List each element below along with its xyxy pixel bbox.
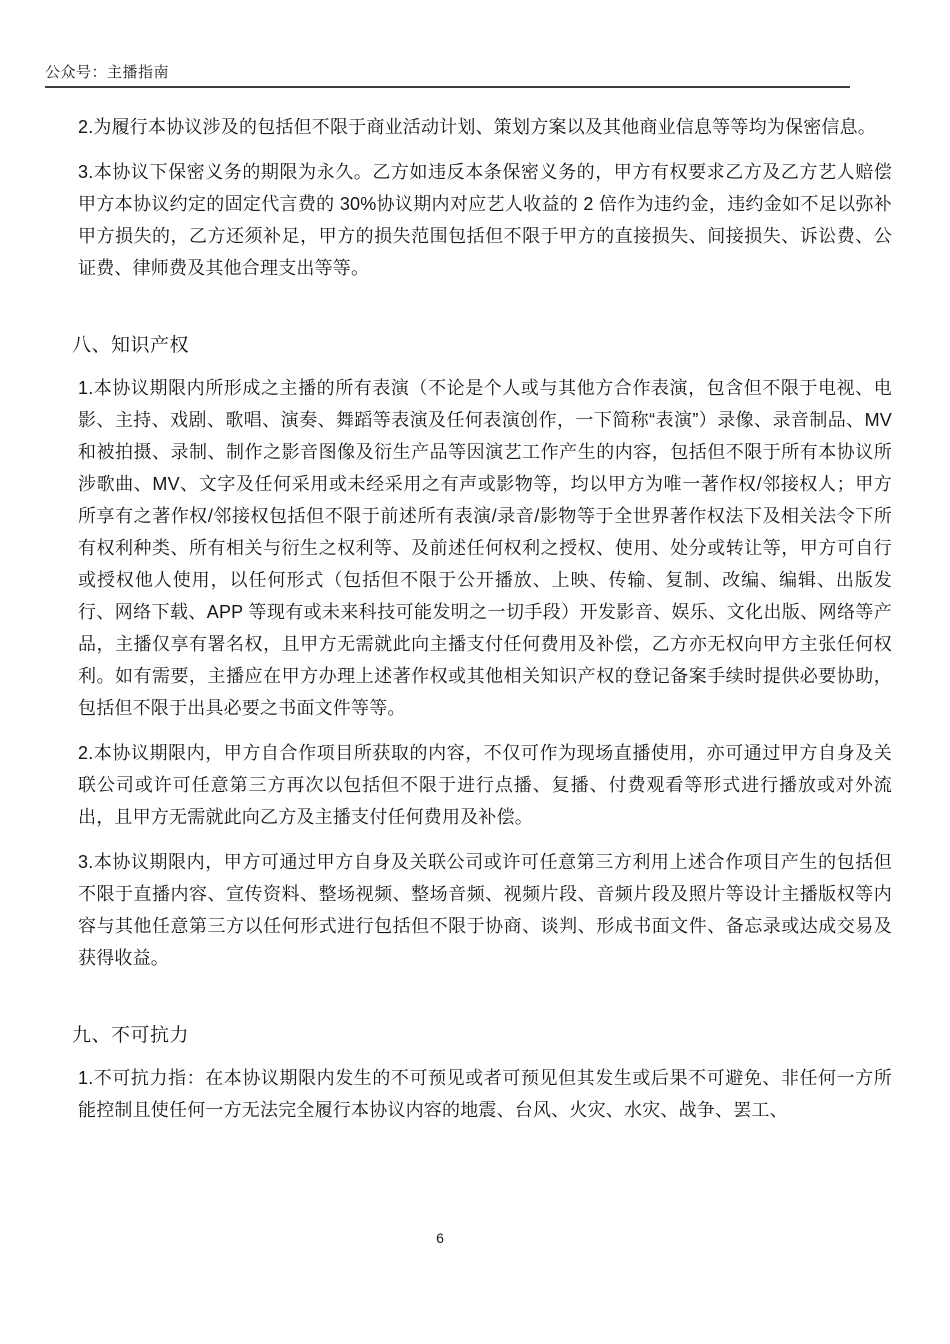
header-account-label: 公众号：主播指南 <box>45 62 169 84</box>
paragraph-force-majeure-definition: 1.不可抗力指：在本协议期限内发生的不可预见或者可预见但其发生或后果不可避免、非… <box>78 1062 892 1126</box>
page-number: 6 <box>45 1228 835 1248</box>
paragraph-ip-third-party-dealings: 3.本协议期限内，甲方可通过甲方自身及关联公司或许可任意第三方利用上述合作项目产… <box>78 846 892 974</box>
document-body: 2.为履行本协议涉及的包括但不限于商业活动计划、策划方案以及其他商业信息等等均为… <box>72 111 892 1139</box>
section-heading-intellectual-property: 八、知识产权 <box>72 330 892 362</box>
paragraph-confidential-term-penalty: 3.本协议下保密义务的期限为永久。乙方如违反本条保密义务的，甲方有权要求乙方及乙… <box>78 156 892 284</box>
document-page: 公众号：主播指南 2.为履行本协议涉及的包括但不限于商业活动计划、策划方案以及其… <box>0 0 950 1344</box>
header-divider <box>45 86 850 88</box>
section-heading-force-majeure: 九、不可抗力 <box>72 1020 892 1052</box>
paragraph-confidential-scope: 2.为履行本协议涉及的包括但不限于商业活动计划、策划方案以及其他商业信息等等均为… <box>78 111 892 143</box>
paragraph-ip-rebroadcast-rights: 2.本协议期限内，甲方自合作项目所获取的内容，不仅可作为现场直播使用，亦可通过甲… <box>78 737 892 833</box>
paragraph-ip-ownership: 1.本协议期限内所形成之主播的所有表演（不论是个人或与其他方合作表演，包含但不限… <box>78 372 892 724</box>
